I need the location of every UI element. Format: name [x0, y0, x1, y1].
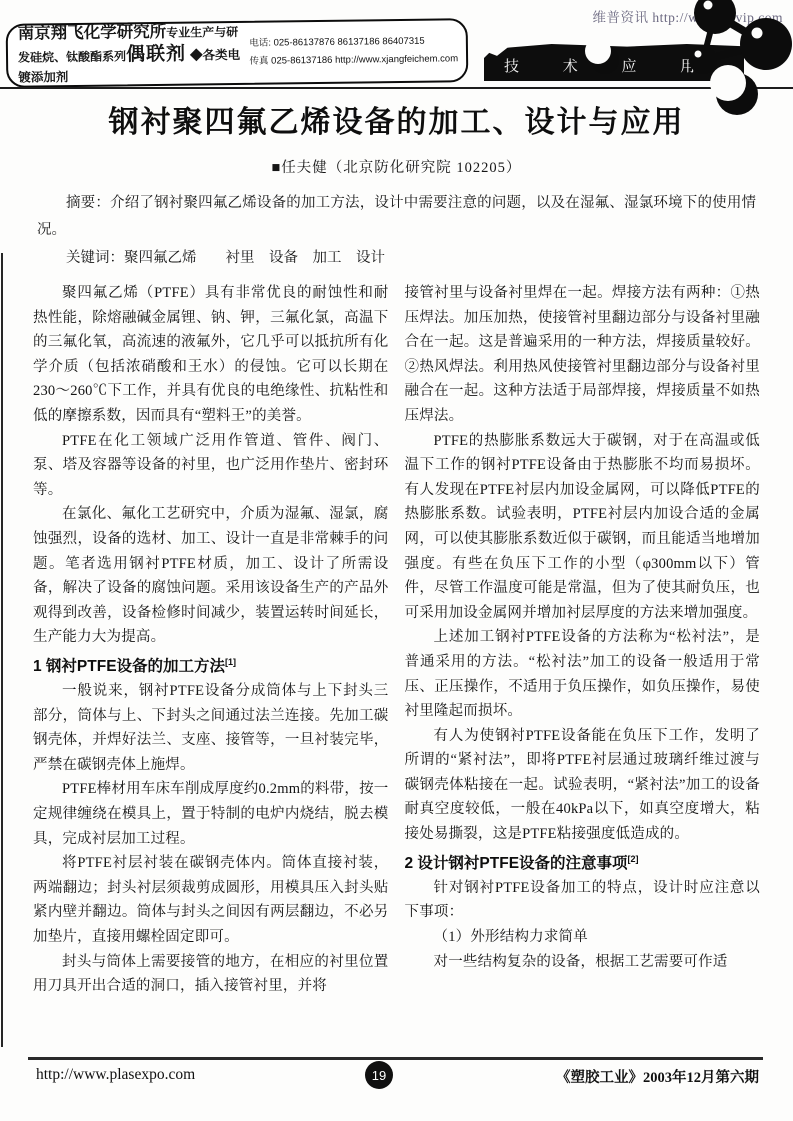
keywords-text: 聚四氟乙烯 衬里 设备 加工 设计	[124, 250, 385, 266]
abstract-paragraph: 摘要：介绍了钢衬聚四氟乙烯设备的加工方法，设计中需要注意的问题，以及在湿氟、湿氯…	[37, 190, 756, 244]
section-heading-2: 2 设计钢衬PTFE设备的注意事项[2]	[405, 847, 761, 876]
section-heading-2-text: 2 设计钢衬PTFE设备的注意事项	[405, 855, 628, 872]
section-heading-1-text: 1 钢衬PTFE设备的加工方法	[33, 658, 225, 675]
reference-marker: [1]	[225, 657, 236, 667]
body-paragraph: 封头与筒体上需要接管的地方，在相应的衬里位置用刀具开出合适的洞口，插入接管衬里，…	[33, 950, 389, 999]
keywords-line: 关键词：聚四氟乙烯 衬里 设备 加工 设计	[37, 245, 756, 272]
section-heading-1: 1 钢衬PTFE设备的加工方法[1]	[33, 650, 389, 679]
body-paragraph: 对一些结构复杂的设备，根据工艺需要可作适	[405, 950, 761, 975]
page-title: 钢衬聚四氟乙烯设备的加工、设计与应用	[0, 97, 793, 141]
body-paragraph: 一般说来，钢衬PTFE设备分成筒体与上下封头三部分，筒体与上、下封头之间通过法兰…	[33, 679, 389, 777]
right-column: 接管衬里与设备衬里焊在一起。焊接方法有两种：①热压焊法。加压加热，使接管衬里翻边…	[405, 281, 761, 999]
body-paragraph: 有人为使钢衬PTFE设备能在负压下工作，发明了所谓的“紧衬法”，即将PTFE衬层…	[405, 724, 761, 847]
article-content: 钢衬聚四氟乙烯设备的加工、设计与应用 ■任夫健（北京防化研究院 102205） …	[0, 0, 793, 999]
abstract-text: 介绍了钢衬聚四氟乙烯设备的加工方法，设计中需要注意的问题，以及在湿氟、湿氯环境下…	[37, 195, 756, 238]
author-line: ■任夫健（北京防化研究院 102205）	[0, 156, 793, 177]
abstract-block: 摘要：介绍了钢衬聚四氟乙烯设备的加工方法，设计中需要注意的问题，以及在湿氟、湿氯…	[37, 190, 756, 244]
body-paragraph: 针对钢衬PTFE设备加工的特点，设计时应注意以下事项：	[405, 876, 761, 925]
footer-url: http://www.plasexpo.com	[36, 1066, 195, 1084]
body-paragraph: 接管衬里与设备衬里焊在一起。焊接方法有两种：①热压焊法。加压加热，使接管衬里翻边…	[405, 281, 761, 429]
body-paragraph: PTFE的热膨胀系数远大于碳钢，对于在高温或低温下工作的钢衬PTFE设备由于热膨…	[405, 429, 761, 626]
left-column: 聚四氟乙烯（PTFE）具有非常优良的耐蚀性和耐热性能，除熔融碱金属锂、钠、钾，三…	[33, 281, 389, 999]
body-paragraph: PTFE棒材用车床车削成厚度约0.2mm的料带，按一定规律缠绕在模具上，置于特制…	[33, 777, 389, 851]
body-paragraph: 上述加工钢衬PTFE设备的方法称为“松衬法”，是普通采用的方法。“松衬法”加工的…	[405, 625, 761, 723]
keywords-label: 关键词：	[66, 250, 124, 266]
reference-marker: [2]	[628, 854, 639, 864]
body-paragraph: （1）外形结构力求简单	[405, 925, 761, 950]
body-paragraph: 在氯化、氟化工艺研究中，介质为湿氟、湿氯，腐蚀强烈，设备的选材、加工、设计一直是…	[33, 502, 389, 650]
body-paragraph: 聚四氟乙烯（PTFE）具有非常优良的耐蚀性和耐热性能，除熔融碱金属锂、钠、钾，三…	[33, 281, 389, 429]
body-paragraph: PTFE在化工领域广泛用作管道、管件、阀门、泵、塔及容器等设备的衬里，也广泛用作…	[33, 429, 389, 503]
footer-journal-info: 《塑胶工业》2003年12月第六期	[556, 1066, 759, 1087]
body-paragraph: 将PTFE衬层衬装在碳钢壳体内。筒体直接衬装，两端翻边；封头衬层须裁剪成圆形，用…	[33, 851, 389, 949]
scanned-journal-page: 维普资讯 http://www.cqvip.com 南京翔飞化学研究所专业生产与…	[0, 0, 793, 1121]
page-number-badge: 19	[365, 1061, 393, 1089]
abstract-label: 摘要：	[66, 195, 110, 211]
two-column-body: 聚四氟乙烯（PTFE）具有非常优良的耐蚀性和耐热性能，除熔融碱金属锂、钠、钾，三…	[33, 281, 760, 999]
footer-divider	[28, 1057, 763, 1060]
